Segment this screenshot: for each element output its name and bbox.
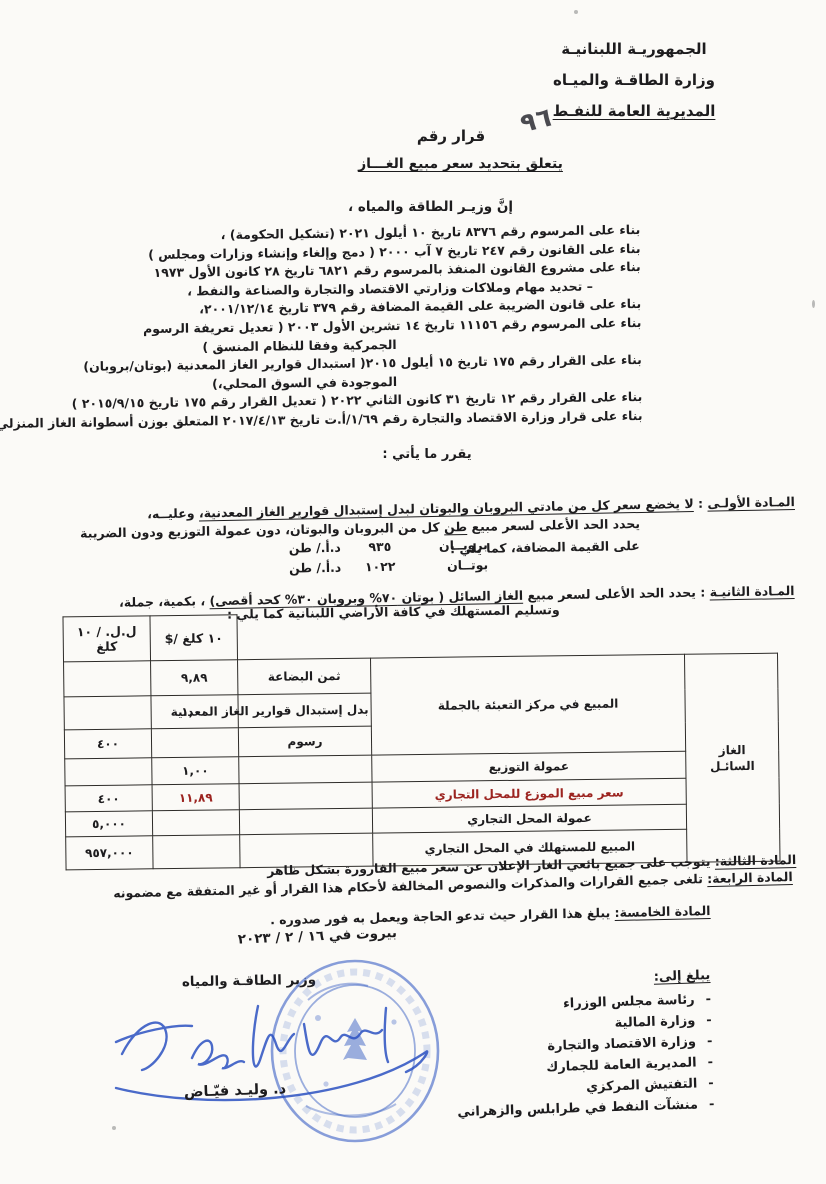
dash-bullet: -: [708, 1076, 714, 1091]
scan-speck: [112, 1126, 116, 1130]
article-1-label: المـادة الأولـى: [707, 494, 795, 511]
usd-value-cell: ٩,٨٩: [151, 660, 238, 696]
item-cell: رسوم: [238, 726, 371, 757]
list-item-label: منشآت النفط في طرابلس والزهراني: [457, 1097, 698, 1120]
list-item-label: وزارة المالية: [614, 1013, 695, 1031]
item-cell: بدل إستبدال قوارير الغاز المعدنية: [238, 693, 371, 728]
letterhead-ministry: وزارة الطاقـة والميـاه: [536, 65, 732, 96]
article-1-line-1: المـادة الأولـى : لا يخضع سعر كل من مادت…: [147, 494, 795, 521]
article-1-ton-underlined: طن: [444, 519, 467, 534]
item-cell: [239, 808, 372, 835]
article-1-tail: وعليــه،: [147, 505, 199, 521]
distribution-list: يبلغ إلى: -رئاسة مجلس الوزراء -وزارة الم…: [453, 968, 715, 1123]
price-row-butane: بوتــان ١٠٢٢ د.أ./ طن: [276, 555, 488, 579]
gas-type-cell: الغاز السائـل: [684, 653, 780, 862]
usd-value-cell: ١,٠٠: [152, 757, 239, 785]
article-2-post: ، بكمية، جملة،: [119, 593, 210, 610]
lbp-value-cell: ٩٥٧,٠٠٠: [66, 836, 153, 870]
table-header-spacer: [237, 608, 778, 660]
scanned-decree-document: الجمهوريـة اللبنانيـة وزارة الطاقـة والم…: [0, 0, 826, 1184]
list-item-label: التفتيش المركزي: [586, 1076, 698, 1094]
article-4-label: المادة الرابعة:: [707, 869, 793, 886]
item-cell: [239, 782, 372, 810]
gas-price-table: $/ ١٠ كلغ ل.ل. / ١٠ كلغ الغاز السائـل ال…: [62, 608, 780, 871]
resolves-line: يقرر ما يأتي :: [352, 447, 502, 462]
lbp-value-cell: ٤٠٠: [64, 729, 151, 759]
decree-number-handwritten: ٩٦: [519, 102, 553, 140]
scan-speck: [812, 300, 815, 308]
list-item-label: المديرية العامة للجمارك: [546, 1055, 697, 1075]
propane-price: ٩٣٥: [352, 537, 408, 558]
preamble-basis-list: بناء على المرسوم رقم ٨٣٧٦ تاريخ ١٠ أيلول…: [0, 221, 642, 433]
lbp-value-cell: [64, 661, 151, 697]
gas-label-line1: الغاز: [688, 741, 776, 758]
list-item-label: رئاسة مجلس الوزراء: [563, 993, 695, 1012]
item-cell: ثمن البضاعة: [238, 658, 371, 695]
lbp-column-header: ل.ل. / ١٠ كلغ: [63, 616, 151, 662]
preamble-opening: إنَّ وزيـر الطاقة والمياه ،: [348, 199, 513, 215]
butane-unit: د.أ./ طن: [278, 558, 352, 579]
row-label-cell: سعر مبيع الموزع للمحل التجاري: [372, 778, 686, 808]
list-item-label: وزارة الاقتصاد والتجارة: [547, 1034, 696, 1054]
article-4-text: تلغى جميع القرارات والمذكرات والنصوص الم…: [113, 871, 707, 901]
dash-bullet: -: [705, 992, 711, 1007]
article-2-label: المـادة الثانيـة: [710, 583, 795, 599]
lbp-value-cell: ٥,٠٠٠: [65, 811, 152, 837]
article-1-colon: :: [694, 496, 708, 511]
dash-bullet: -: [709, 1097, 715, 1112]
article-3-label: المادة الثالثة:: [715, 852, 797, 869]
letterhead-republic: الجمهوريـة اللبنانيـة: [536, 34, 732, 65]
table-row: الغاز السائـل المبيع في مركز التعبئة بال…: [64, 653, 778, 697]
dash-bullet: -: [707, 1055, 713, 1070]
decree-subject: يتعلق بتحديد سعر مبيع الغـــاز: [303, 156, 618, 172]
propane-label: بروبــان: [408, 535, 488, 556]
gas-label-line2: السائـل: [688, 757, 776, 774]
wholesale-label-cell: المبيع في مركز التعبئة بالجملة: [371, 654, 686, 755]
letterhead: الجمهوريـة اللبنانيـة وزارة الطاقـة والم…: [536, 34, 732, 127]
article-1-line-2-pre: يحدد الحد الأعلى لسعر مبيع: [467, 516, 640, 534]
item-cell: [239, 755, 372, 784]
usd-value-cell: ١١,٨٩: [152, 784, 239, 811]
propane-unit: د.أ./ طن: [278, 538, 352, 559]
date-line: بيروت في ١٦ / ٢ / ٢٠٢٣: [205, 925, 398, 949]
usd-value-cell: [153, 835, 240, 869]
article-1-price-list: بروبــان ٩٣٥ د.أ./ طن بوتــان ١٠٢٢ د.أ./…: [276, 535, 489, 579]
decree-number-label: قرار رقم: [396, 127, 506, 145]
usd-value-cell: [152, 810, 239, 836]
dash-bullet: -: [706, 1013, 712, 1028]
article-5-label: المادة الخامسة:: [614, 903, 710, 920]
usd-value-cell: [151, 728, 238, 758]
lbp-value-cell: ٤٠٠: [65, 785, 152, 812]
letterhead-directorate: المديرية العامة للنفـط: [536, 96, 732, 127]
article-2-pre: : يحدد الحد الأعلى لسعر مبيع: [523, 584, 710, 602]
distribution-title: يبلغ إلى:: [453, 968, 710, 991]
article-5-text: يبلغ هذا القرار حيث تدعو الحاجة ويعمل به…: [269, 905, 614, 927]
row-label-cell: عمولة التوزيع: [372, 751, 686, 782]
butane-price: ١٠٢٢: [352, 557, 408, 578]
article-5: المادة الخامسة: يبلغ هذا القرار حيث تدعو…: [269, 903, 710, 927]
lbp-value-cell: [65, 758, 152, 786]
scan-speck: [574, 10, 578, 14]
dash-bullet: -: [707, 1034, 713, 1049]
row-label-cell: عمولة المحل التجاري: [372, 804, 686, 833]
usd-column-header: $/ ١٠ كلغ: [150, 615, 238, 661]
butane-label: بوتــان: [408, 555, 488, 576]
lbp-value-cell: [64, 696, 151, 730]
